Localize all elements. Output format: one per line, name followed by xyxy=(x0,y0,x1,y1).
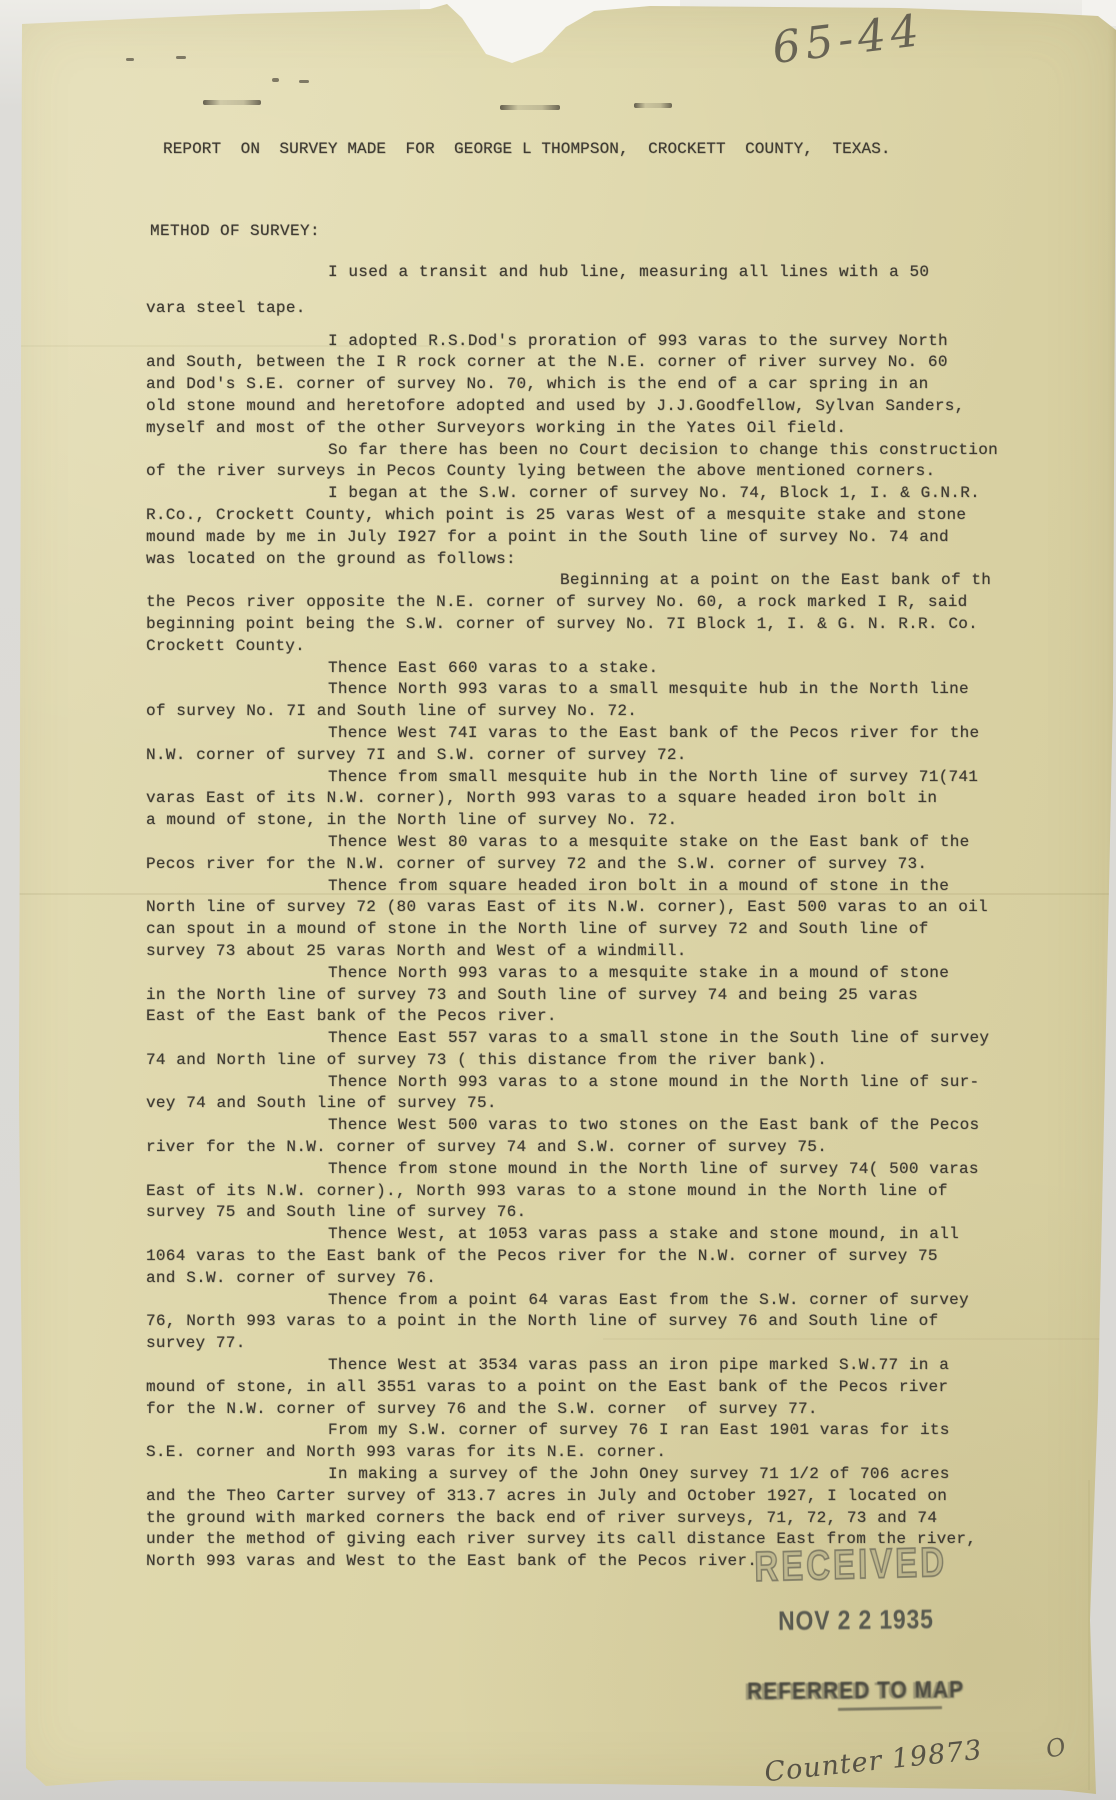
document-line: Thence North 993 varas to a stone mound … xyxy=(146,1072,998,1094)
document-line: Thence East 660 varas to a stake. xyxy=(146,658,998,680)
date-stamp: NOV 2 2 1935 xyxy=(778,1604,934,1637)
document-line: old stone mound and heretofore adopted a… xyxy=(146,396,998,418)
document-line: for the N.W. corner of survey 76 and the… xyxy=(146,1399,998,1421)
document-line: Thence West, at 1053 varas pass a stake … xyxy=(146,1224,998,1246)
document-line: of survey No. 7I and South line of surve… xyxy=(146,701,998,723)
document-line: myself and most of the other Surveyors w… xyxy=(146,418,998,440)
document-line: 76, North 993 varas to a point in the No… xyxy=(146,1311,998,1333)
document-line: Thence West 80 varas to a mesquite stake… xyxy=(146,832,998,854)
document-line: Thence North 993 varas to a small mesqui… xyxy=(146,679,998,701)
document-line: So far there has been no Court decision … xyxy=(146,440,998,462)
handwritten-counter-number: Counter 19873 xyxy=(763,1735,984,1789)
document-line: Pecos river for the N.W. corner of surve… xyxy=(146,854,998,876)
document-line: Crockett County. xyxy=(146,636,998,658)
document-line: East of the East bank of the Pecos river… xyxy=(146,1006,998,1028)
document-line: S.E. corner and North 993 varas for its … xyxy=(146,1442,998,1464)
paper-sheet: 65-44 REPORT ON SURVEY MADE FOR GEORGE L… xyxy=(0,0,1116,1800)
document-line: In making a survey of the John Oney surv… xyxy=(146,1464,998,1486)
document-line: vara steel tape. xyxy=(146,298,998,320)
scan-scratch xyxy=(634,103,672,108)
document-line: Beginning at a point on the East bank of… xyxy=(146,570,998,592)
document-line: the ground with marked corners the back … xyxy=(146,1508,998,1530)
document-line: Thence from square headed iron bolt in a… xyxy=(146,876,998,898)
document-line: vey 74 and South line of survey 75. xyxy=(146,1093,998,1115)
document-line: Thence from small mesquite hub in the No… xyxy=(146,767,998,789)
handwritten-file-number: 65-44 xyxy=(769,5,926,74)
document-line: I began at the S.W. corner of survey No.… xyxy=(146,483,998,505)
scan-mark xyxy=(299,80,309,83)
document-line: 1064 varas to the East bank of the Pecos… xyxy=(146,1246,998,1268)
received-stamp: RECEIVED xyxy=(754,1539,947,1592)
document-line: N.W. corner of survey 7I and S.W. corner… xyxy=(146,745,998,767)
document-line: mound made by me in July I927 for a poin… xyxy=(146,527,998,549)
section-heading: METHOD OF SURVEY: xyxy=(150,222,320,240)
document-line: Thence West 500 varas to two stones on t… xyxy=(146,1115,998,1137)
document-line: Thence from stone mound in the North lin… xyxy=(146,1159,998,1181)
scan-mark xyxy=(176,56,186,59)
document-line: mound of stone, in all 3551 varas to a p… xyxy=(146,1377,998,1399)
document-line: 74 and North line of survey 73 ( this di… xyxy=(146,1050,998,1072)
document-line: in the North line of survey 73 and South… xyxy=(146,985,998,1007)
document-line: Thence from a point 64 varas East from t… xyxy=(146,1290,998,1312)
document-line: I adopted R.S.Dod's proration of 993 var… xyxy=(146,331,998,353)
scan-scratch xyxy=(203,100,261,105)
handwritten-mark: O xyxy=(1043,1732,1069,1764)
document-line: survey 75 and South line of survey 76. xyxy=(146,1202,998,1224)
document-line: varas East of its N.W. corner), North 99… xyxy=(146,788,998,810)
document-line: and Dod's S.E. corner of survey No. 70, … xyxy=(146,374,998,396)
document-line: Thence West at 3534 varas pass an iron p… xyxy=(146,1355,998,1377)
document-line: of the river surveys in Pecos County lyi… xyxy=(146,461,998,483)
document-line: From my S.W. corner of survey 76 I ran E… xyxy=(146,1420,998,1442)
document-line: Thence North 993 varas to a mesquite sta… xyxy=(146,963,998,985)
scan-scratch xyxy=(500,105,560,110)
scan-mark xyxy=(126,58,134,61)
referred-to-map-stamp: REFERRED TO MAP xyxy=(747,1676,964,1706)
document-line: I used a transit and hub line, measuring… xyxy=(146,262,998,284)
document-line: and South, between the I R rock corner a… xyxy=(146,352,998,374)
stamp-underline xyxy=(838,1706,942,1711)
scanned-document-page: 65-44 REPORT ON SURVEY MADE FOR GEORGE L… xyxy=(0,0,1116,1800)
document-line: survey 73 about 25 varas North and West … xyxy=(146,941,998,963)
document-line: was located on the ground as follows: xyxy=(146,549,998,571)
document-line: Thence East 557 varas to a small stone i… xyxy=(146,1028,998,1050)
document-body: I used a transit and hub line, measuring… xyxy=(146,262,998,1573)
document-line: a mound of stone, in the North line of s… xyxy=(146,810,998,832)
document-line: beginning point being the S.W. corner of… xyxy=(146,614,998,636)
document-line: R.Co., Crockett County, which point is 2… xyxy=(146,505,998,527)
document-line: Thence West 74I varas to the East bank o… xyxy=(146,723,998,745)
scan-mark xyxy=(272,78,279,82)
document-line: survey 77. xyxy=(146,1333,998,1355)
page-title: REPORT ON SURVEY MADE FOR GEORGE L THOMP… xyxy=(163,140,891,158)
document-line: the Pecos river opposite the N.E. corner… xyxy=(146,592,998,614)
document-line: East of its N.W. corner)., North 993 var… xyxy=(146,1181,998,1203)
paper-crease xyxy=(1088,1480,1090,1790)
document-line: can spout in a mound of stone in the Nor… xyxy=(146,919,998,941)
document-line: river for the N.W. corner of survey 74 a… xyxy=(146,1137,998,1159)
document-line: and S.W. corner of survey 76. xyxy=(146,1268,998,1290)
document-line: North line of survey 72 (80 varas East o… xyxy=(146,897,998,919)
document-line: and the Theo Carter survey of 313.7 acre… xyxy=(146,1486,998,1508)
